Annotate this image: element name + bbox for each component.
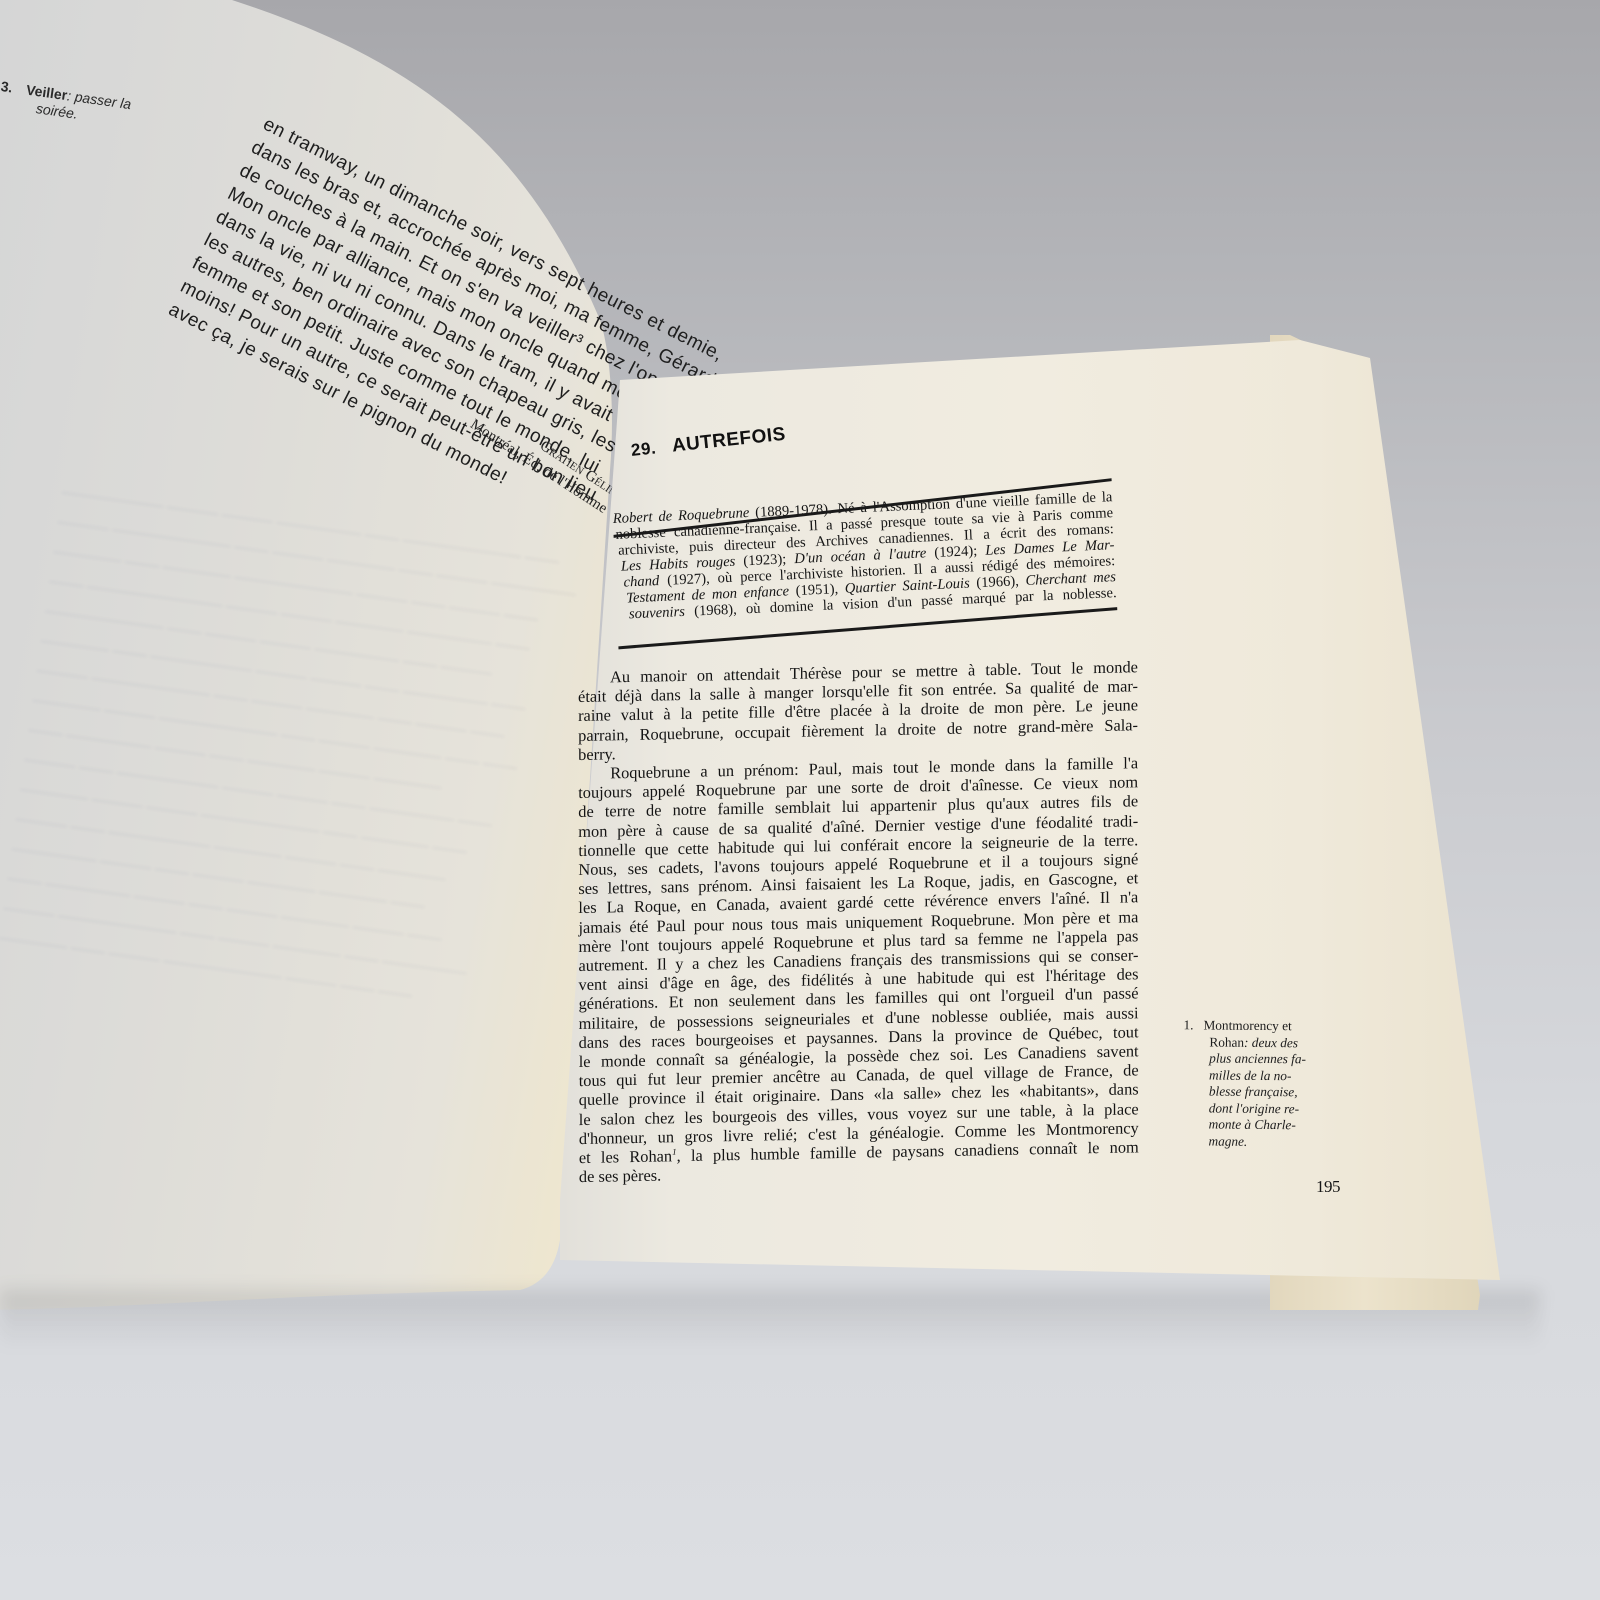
footnote-number: 3.	[0, 78, 14, 95]
author-bio-box: Robert de Roquebrune (1889-1978). Né à l…	[612, 478, 1117, 631]
note-term: Montmorency et	[1203, 1017, 1291, 1033]
margin-footnote: 1.Montmorency et Rohan: deux des plus an…	[1182, 1017, 1343, 1150]
note-line: plus anciennes fa-	[1183, 1050, 1343, 1068]
note-line: magne.	[1182, 1133, 1342, 1151]
main-text: Au manoir on attendait Thérèse pour se m…	[578, 657, 1139, 1186]
note-line: dont l'origine re-	[1183, 1100, 1343, 1118]
left-page-show-through: —————— ——— ——— ————— —— ——————— —— ——— —…	[0, 477, 579, 1144]
footnote-reference: 1	[672, 1147, 677, 1157]
note-number: 1.	[1183, 1017, 1193, 1032]
note-line: monte à Charle-	[1183, 1116, 1343, 1134]
note-term-2: Rohan	[1209, 1034, 1244, 1049]
note-line: blesse française,	[1183, 1083, 1343, 1101]
page-number: 195	[1316, 1177, 1340, 1197]
author-bio: Robert de Roquebrune (1889-1978). Né à l…	[612, 481, 1117, 623]
note-def: : deux des	[1244, 1034, 1298, 1049]
note-line: milles de la no-	[1183, 1067, 1343, 1085]
chapter-number: 29.	[630, 438, 657, 460]
